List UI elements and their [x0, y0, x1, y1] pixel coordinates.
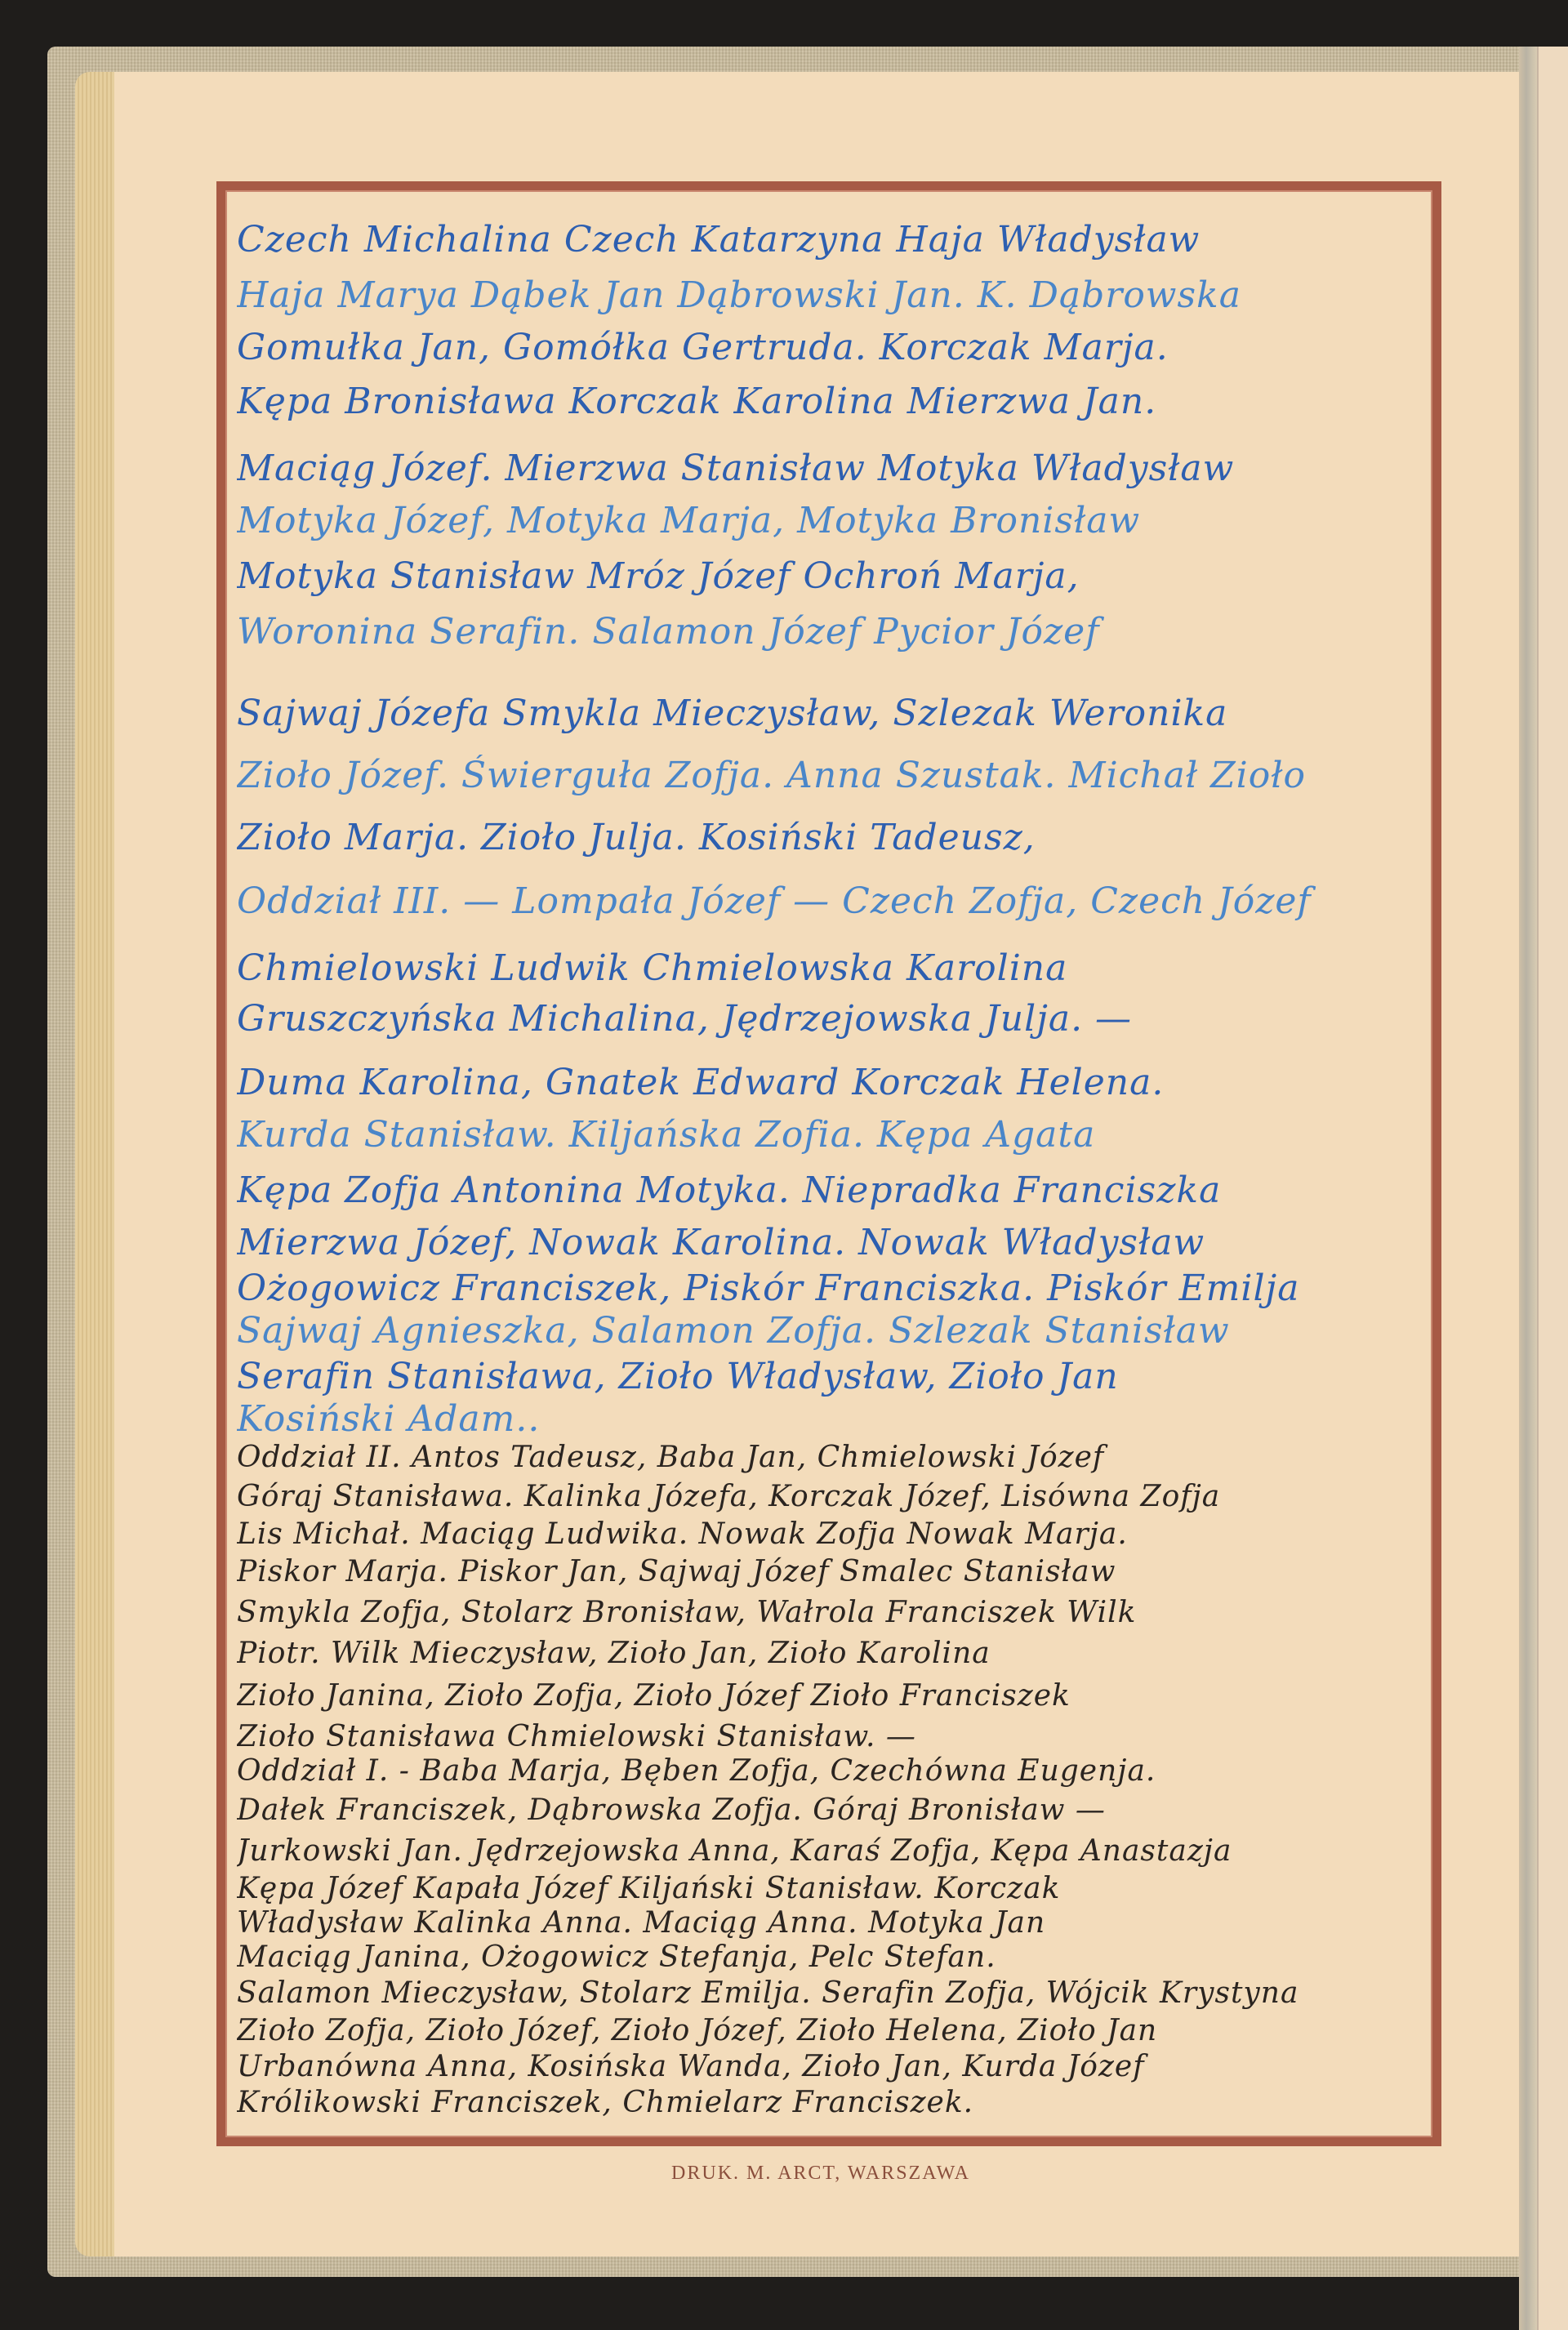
printer-imprint: DRUK. M. ARCT, WARSZAWA	[114, 2163, 1527, 2185]
imprint-area: DRUK. M. ARCT, WARSZAWA	[114, 0, 1527, 2330]
adjacent-page	[1537, 47, 1568, 2330]
